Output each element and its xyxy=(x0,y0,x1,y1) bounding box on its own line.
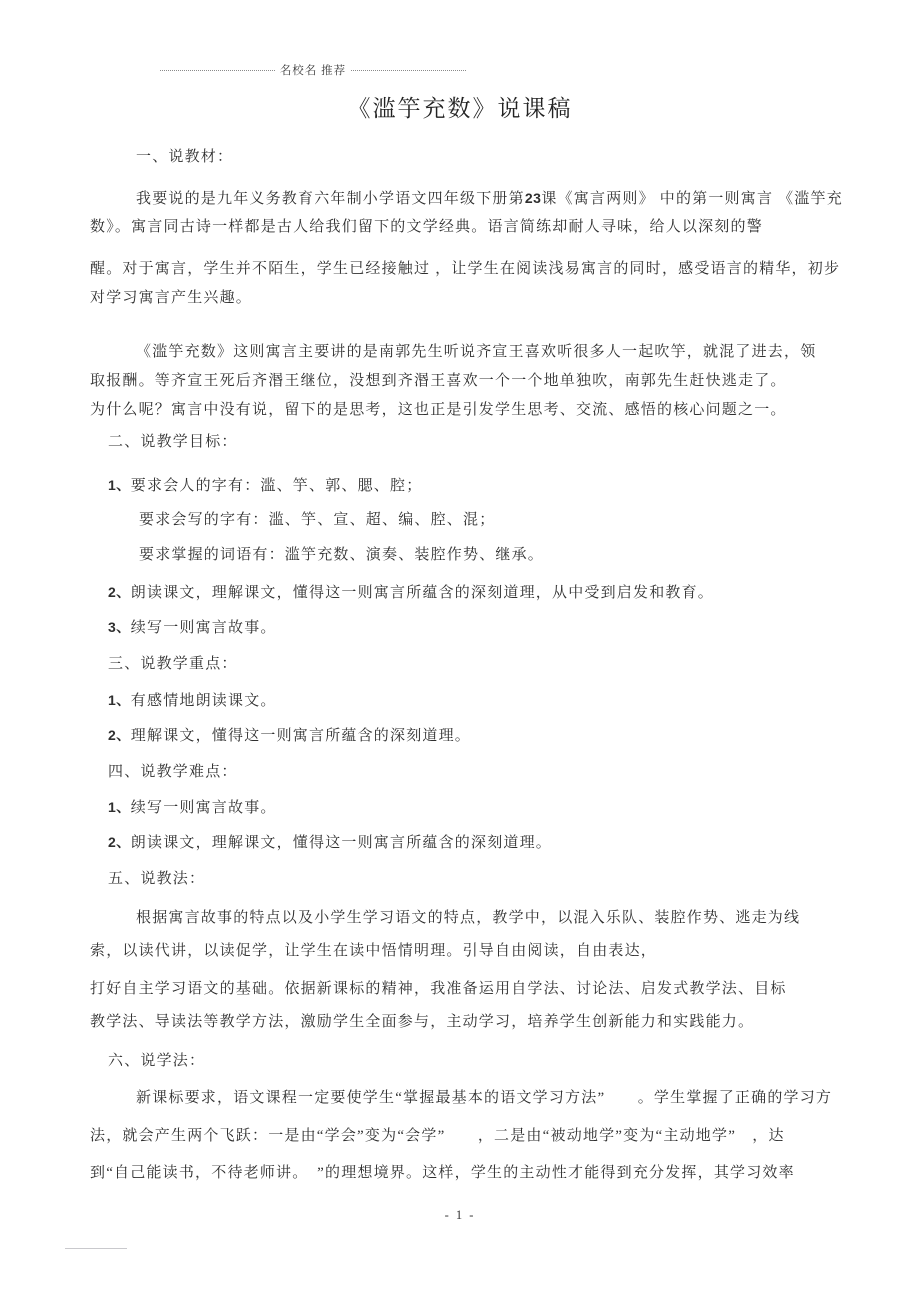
list-number: 1、 xyxy=(108,799,131,815)
list-number: 2、 xyxy=(108,834,131,850)
paragraph-line: 根据寓言故事的特点以及小学生学习语文的特点，教学中，以混入乐队、装腔作势、逃走为… xyxy=(136,908,800,928)
list-item: 2、朗读课文，理解课文，懂得这一则寓言所蕴含的深刻道理，从中受到启发和教育。 xyxy=(108,582,714,603)
list-number: 3、 xyxy=(108,619,131,635)
list-text: 理解课文，懂得这一则寓言所蕴含的深刻道理。 xyxy=(131,728,471,744)
list-item: 1、要求会人的字有：滥、竽、郭、腮、腔； xyxy=(108,475,422,496)
margin-artifact-line xyxy=(65,1248,127,1249)
list-item: 2、理解课文，懂得这一则寓言所蕴含的深刻道理。 xyxy=(108,725,471,746)
paragraph-line: 对学习寓言产生兴趣。 xyxy=(90,288,252,308)
section-heading: 四、说教学难点： xyxy=(108,762,238,782)
paragraph-line: 教学法、导读法等教学方法，激励学生全面参与，主动学习，培养学生创新能力和实践能力… xyxy=(90,1012,754,1032)
section-heading: 二、说教学目标： xyxy=(108,432,238,452)
list-item: 3、续写一则寓言故事。 xyxy=(108,617,277,638)
section-heading: 六、说学法： xyxy=(108,1051,205,1071)
list-number: 2、 xyxy=(108,727,131,743)
list-number: 1、 xyxy=(108,692,131,708)
paragraph-line: 数》。寓言同古诗一样都是古人给我们留下的文学经典。语言简练却耐人寻味，给人以深刻… xyxy=(90,217,763,237)
paragraph-line: 为什么呢？寓言中没有说，留下的是思考，这也正是引发学生思考、交流、感悟的核心问题… xyxy=(90,400,787,420)
document-page: 名校名 推荐 《滥竽充数》说课稿 一、说教材： 我要说的是九年义务教育六年制小学… xyxy=(0,0,920,1303)
list-number: 2、 xyxy=(108,584,131,600)
recommendation-banner: 名校名 推荐 xyxy=(160,62,466,78)
paragraph-line: 打好自主学习语文的基础。依据新课标的精神，我准备运用自学法、讨论法、启发式教学法… xyxy=(90,979,787,999)
list-text: 朗读课文，理解课文，懂得这一则寓言所蕴含的深刻道理，从中受到启发和教育。 xyxy=(131,585,714,601)
doc-title: 《滥竽充数》说课稿 xyxy=(0,90,920,123)
paragraph-line: 法，就会产生两个飞跃：一是由“学会”变为“会学” ，二是由“被动地学”变为“主动… xyxy=(90,1126,785,1146)
list-item: 2、朗读课文，理解课文，懂得这一则寓言所蕴含的深刻道理。 xyxy=(108,832,552,853)
section-heading: 一、说教材： xyxy=(136,147,233,167)
section-heading: 三、说教学重点： xyxy=(108,654,238,674)
list-subitem: 要求掌握的词语有：滥竽充数、演奏、装腔作势、继承。 xyxy=(139,545,544,565)
section-heading: 五、说教法： xyxy=(108,869,205,889)
list-number: 1、 xyxy=(108,477,131,493)
paragraph-line: 醒。对于寓言，学生并不陌生，学生已经接触过 ，让学生在阅读浅易寓言的同时，感受语… xyxy=(90,259,840,279)
paragraph-text: 课《寓言两则》 中的第一则寓言 《滥竽充 xyxy=(541,191,843,207)
list-text: 要求会人的字有：滥、竽、郭、腮、腔； xyxy=(131,478,423,494)
banner-label: 名校名 推荐 xyxy=(275,62,351,78)
paragraph-line: 《滥竽充数》这则寓言主要讲的是南郭先生听说齐宣王喜欢听很多人一起吹竽，就混了进去… xyxy=(136,342,816,362)
paragraph-text: 我要说的是九年义务教育六年制小学语文四年级下册第 xyxy=(136,191,525,207)
paragraph-line: 取报酬。等齐宣王死后齐湣王继位，没想到齐湣王喜欢一个一个地单独吹，南郭先生赶快逃… xyxy=(90,371,787,391)
list-text: 朗读课文，理解课文，懂得这一则寓言所蕴含的深刻道理。 xyxy=(131,835,552,851)
list-text: 续写一则寓言故事。 xyxy=(131,800,277,816)
lesson-number: 23 xyxy=(525,190,542,206)
dotted-rule-left xyxy=(160,70,275,71)
list-text: 续写一则寓言故事。 xyxy=(131,620,277,636)
paragraph-line: 我要说的是九年义务教育六年制小学语文四年级下册第23课《寓言两则》 中的第一则寓… xyxy=(136,188,843,209)
paragraph-line: 索，以读代讲，以读促学，让学生在读中悟情明理。引导自由阅读，自由表达， xyxy=(90,941,657,961)
page-number: - 1 - xyxy=(0,1208,920,1223)
list-item: 1、有感情地朗读课文。 xyxy=(108,690,277,711)
dotted-rule-right xyxy=(351,70,466,71)
paragraph-line: 到“自己能读书，不待老师讲。 ”的理想境界。这样，学生的主动性才能得到充分发挥，… xyxy=(90,1163,795,1183)
list-item: 1、续写一则寓言故事。 xyxy=(108,797,277,818)
paragraph-line: 新课标要求，语文课程一定要使学生“掌握最基本的语文学习方法” 。学生掌握了正确的… xyxy=(136,1088,832,1108)
list-text: 有感情地朗读课文。 xyxy=(131,693,277,709)
list-subitem: 要求会写的字有：滥、竽、宣、超、编、腔、混； xyxy=(139,510,495,530)
